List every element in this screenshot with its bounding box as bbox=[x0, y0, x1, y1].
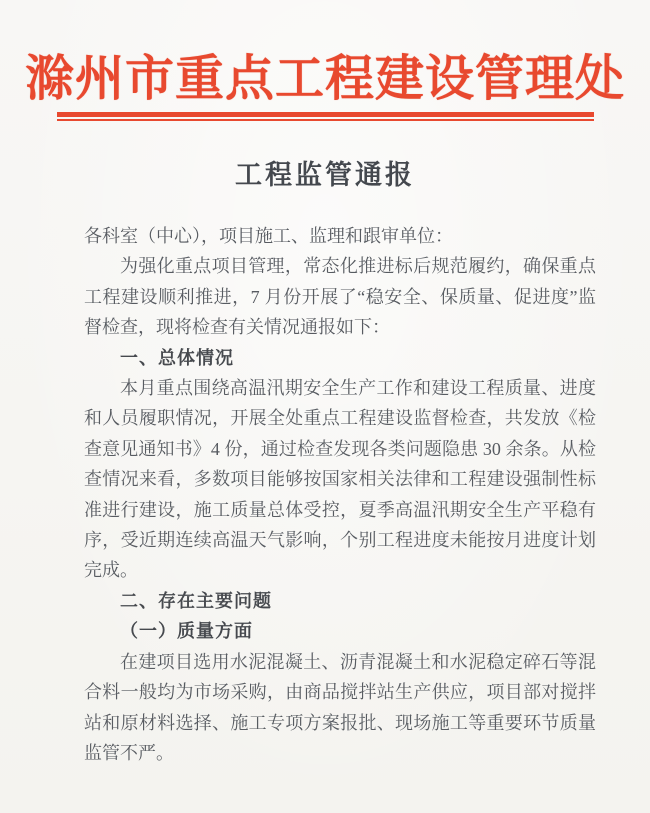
document-title: 工程监管通报 bbox=[0, 153, 650, 192]
salutation-line: 各科室（中心），项目施工、监理和跟审单位： bbox=[84, 221, 596, 251]
red-divider-thick-line bbox=[57, 112, 594, 117]
section2-sub1-paragraph: 在建项目选用水泥混凝土、沥青混凝土和水泥稳定碎石等混合料一般均为市场采购，由商品… bbox=[84, 647, 596, 769]
section2-heading: 二、存在主要问题 bbox=[84, 586, 596, 616]
document-body: 各科室（中心），项目施工、监理和跟审单位： 为强化重点项目管理，常态化推进标后规… bbox=[84, 221, 596, 768]
section2-sub1-heading: （一）质量方面 bbox=[84, 616, 596, 646]
red-divider-thin-line bbox=[57, 119, 594, 121]
document-header-org-name: 滁州市重点工程建设管理处 bbox=[0, 40, 650, 110]
intro-paragraph: 为强化重点项目管理，常态化推进标后规范履约，确保重点工程建设顺利推进，7 月份开… bbox=[84, 251, 596, 342]
section1-heading: 一、总体情况 bbox=[84, 343, 596, 373]
document-page: 滁州市重点工程建设管理处 工程监管通报 各科室（中心），项目施工、监理和跟审单位… bbox=[0, 0, 650, 813]
red-divider-rule bbox=[57, 112, 594, 121]
section1-paragraph: 本月重点围绕高温汛期安全生产工作和建设工程质量、进度和人员履职情况，开展全处重点… bbox=[84, 373, 596, 586]
